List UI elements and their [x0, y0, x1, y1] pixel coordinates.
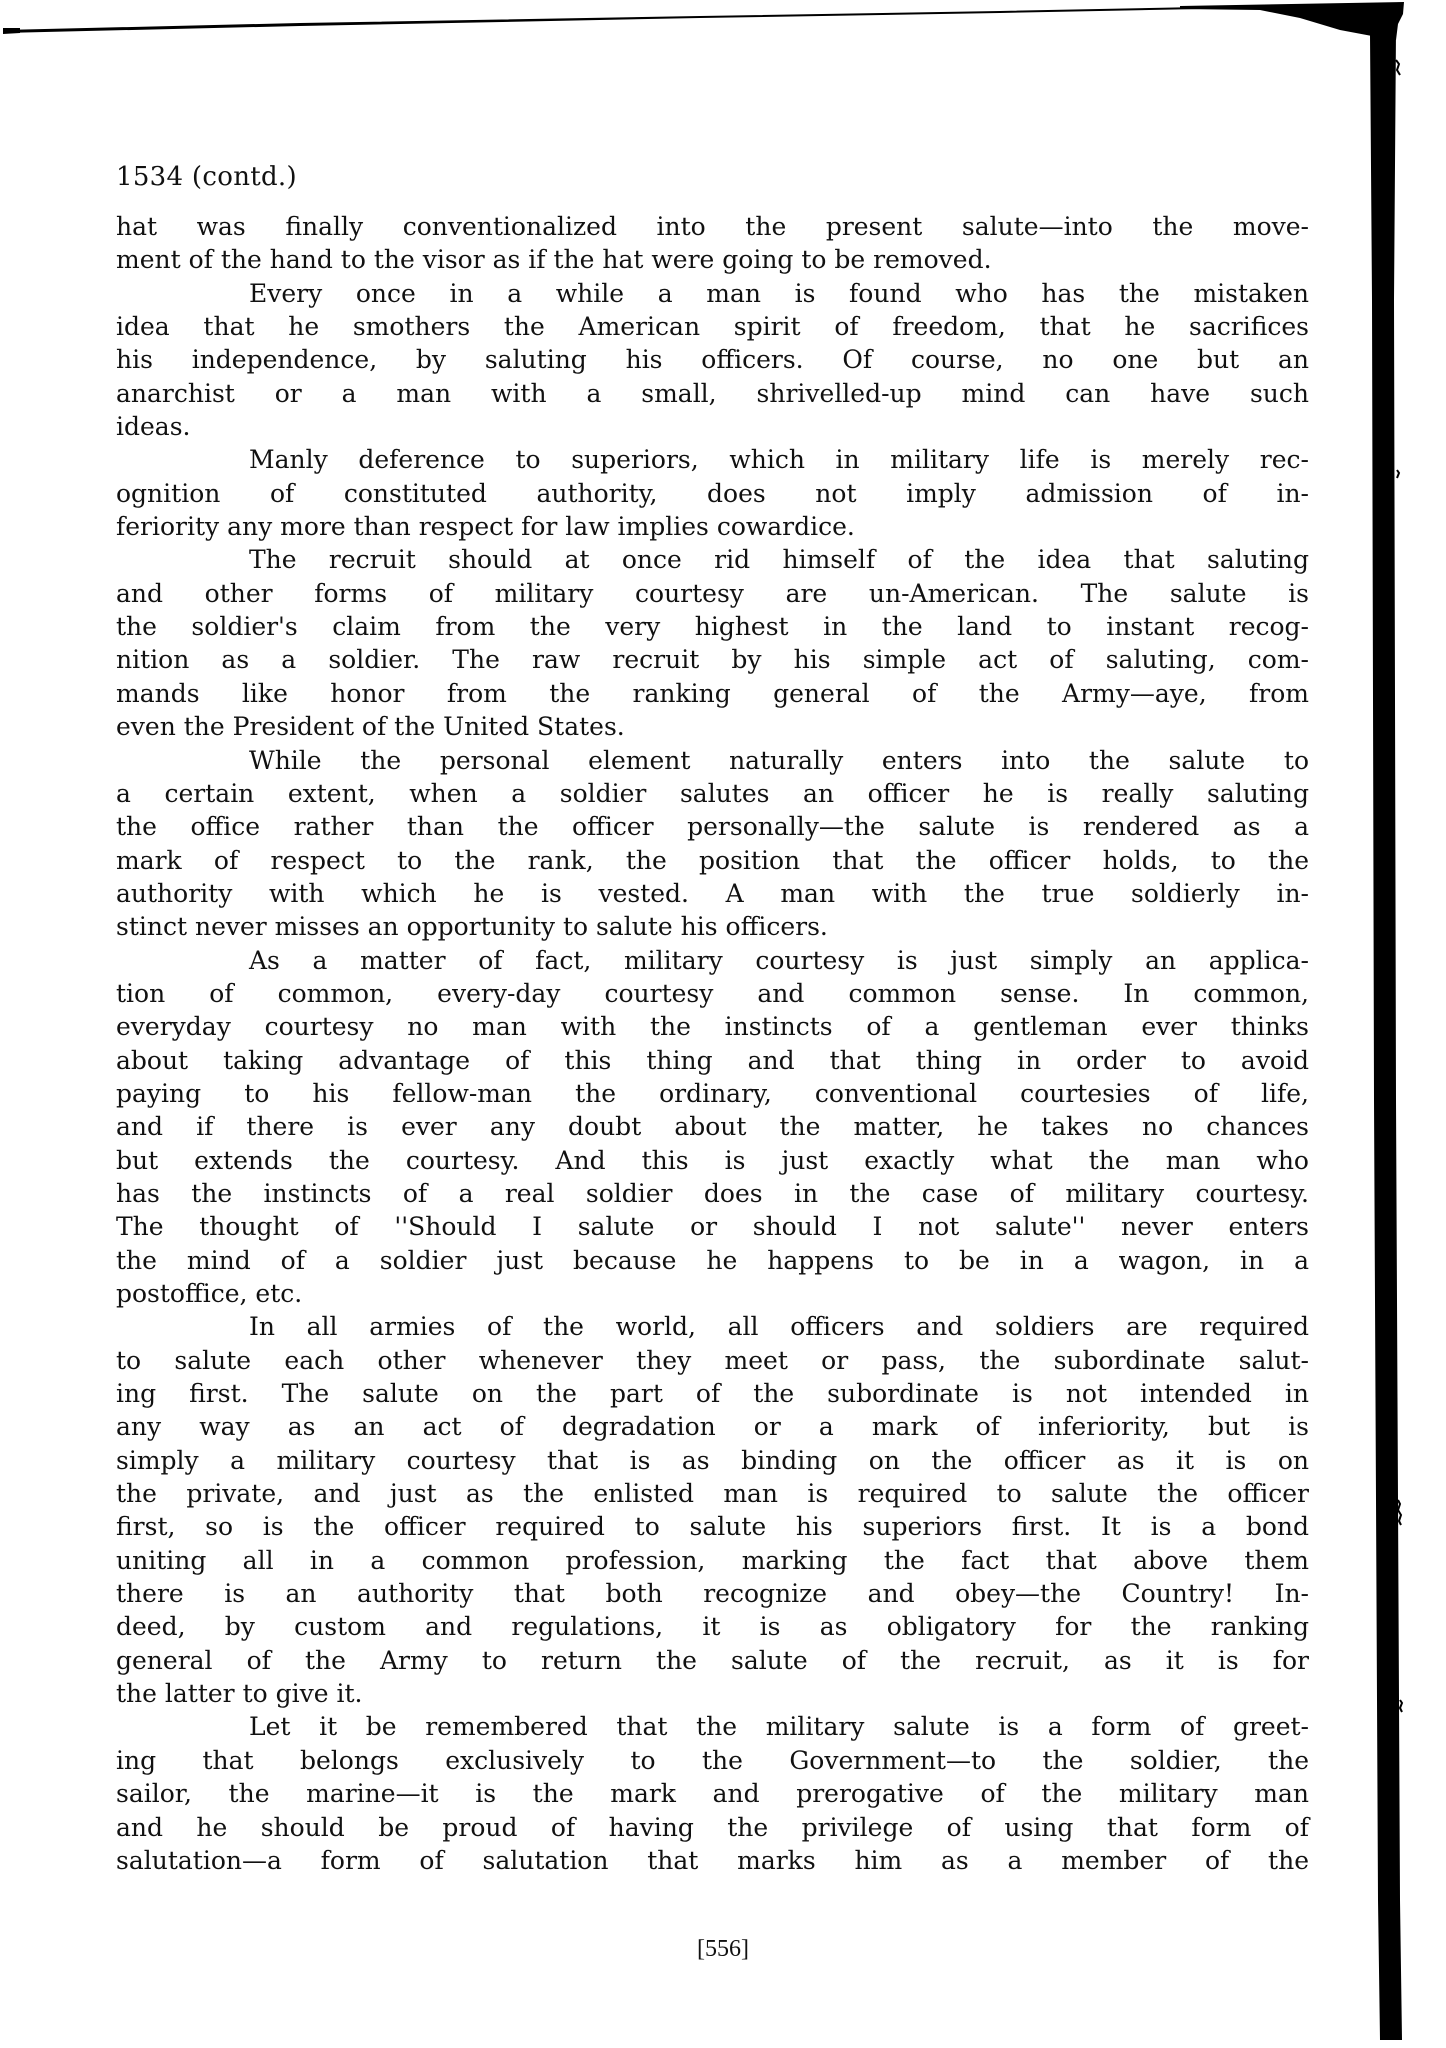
text-line: about taking advantage of this thing and…: [116, 1044, 1309, 1077]
text-line: In all armies of the world, all officers…: [116, 1310, 1309, 1343]
text-line: everyday courtesy no man with the instin…: [116, 1010, 1309, 1043]
text-line: postoffice, etc.: [116, 1277, 1309, 1310]
text-line: idea that he smothers the American spiri…: [116, 310, 1309, 343]
text-line: The thought of ''Should I salute or shou…: [116, 1210, 1309, 1243]
text-line: ognition of constituted authority, does …: [116, 477, 1309, 510]
text-line: general of the Army to return the salute…: [116, 1644, 1309, 1677]
text-line: and if there is ever any doubt about the…: [116, 1110, 1309, 1143]
text-line: The recruit should at once rid himself o…: [116, 543, 1309, 576]
text-line: the mind of a soldier just because he ha…: [116, 1244, 1309, 1277]
text-line: mands like honor from the ranking genera…: [116, 677, 1309, 710]
page-body-text: hat was finally conventionalized into th…: [116, 210, 1309, 1877]
text-line: Let it be remembered that the military s…: [116, 1710, 1309, 1743]
text-line: a certain extent, when a soldier salutes…: [116, 777, 1309, 810]
paragraph: hat was finally conventionalized into th…: [116, 210, 1309, 277]
text-line: As a matter of fact, military courtesy i…: [116, 944, 1309, 977]
binding-bar-texture: [1396, 60, 1402, 1712]
text-line: even the President of the United States.: [116, 710, 1309, 743]
text-line: uniting all in a common profession, mark…: [116, 1544, 1309, 1577]
text-line: but extends the courtesy. And this is ju…: [116, 1144, 1309, 1177]
text-line: authority with which he is vested. A man…: [116, 877, 1309, 910]
text-line: hat was finally conventionalized into th…: [116, 210, 1309, 243]
text-line: feriority any more than respect for law …: [116, 510, 1309, 543]
text-line: sailor, the marine—it is the mark and pr…: [116, 1777, 1309, 1810]
text-line: his independence, by saluting his office…: [116, 343, 1309, 376]
text-line: simply a military courtesy that is as bi…: [116, 1444, 1309, 1477]
paragraph: While the personal element naturally ent…: [116, 744, 1309, 944]
text-line: salutation—a form of salutation that mar…: [116, 1844, 1309, 1877]
paragraph: The recruit should at once rid himself o…: [116, 543, 1309, 743]
text-line: stinct never misses an opportunity to sa…: [116, 910, 1309, 943]
text-line: ing first. The salute on the part of the…: [116, 1377, 1309, 1410]
top-edge-rule: [3, 28, 20, 34]
text-line: deed, by custom and regulations, it is a…: [116, 1610, 1309, 1643]
paragraph: In all armies of the world, all officers…: [116, 1310, 1309, 1710]
text-line: the soldier's claim from the very highes…: [116, 610, 1309, 643]
text-line: ideas.: [116, 410, 1309, 443]
text-line: Manly deference to superiors, which in m…: [116, 443, 1309, 476]
paragraph: Let it be remembered that the military s…: [116, 1710, 1309, 1877]
text-line: nition as a soldier. The raw recruit by …: [116, 643, 1309, 676]
right-binding-bar: [1370, 30, 1402, 2040]
text-line: ment of the hand to the visor as if the …: [116, 243, 1309, 276]
text-line: anarchist or a man with a small, shrivel…: [116, 377, 1309, 410]
paragraph: Every once in a while a man is found who…: [116, 277, 1309, 444]
paragraph: Manly deference to superiors, which in m…: [116, 443, 1309, 543]
text-line: tion of common, every-day courtesy and c…: [116, 977, 1309, 1010]
text-line: paying to his fellow-man the ordinary, c…: [116, 1077, 1309, 1110]
text-line: first, so is the officer required to sal…: [116, 1510, 1309, 1543]
text-line: any way as an act of degradation or a ma…: [116, 1410, 1309, 1443]
paragraph: As a matter of fact, military courtesy i…: [116, 944, 1309, 1311]
text-line: the office rather than the officer perso…: [116, 810, 1309, 843]
text-line: has the instincts of a real soldier does…: [116, 1177, 1309, 1210]
page-number: [556]: [0, 1934, 1446, 1964]
section-heading: 1534 (contd.): [116, 160, 297, 194]
text-line: and other forms of military courtesy are…: [116, 577, 1309, 610]
text-line: While the personal element naturally ent…: [116, 744, 1309, 777]
text-line: to salute each other whenever they meet …: [116, 1344, 1309, 1377]
text-line: and he should be proud of having the pri…: [116, 1811, 1309, 1844]
top-edge-line: [3, 7, 1200, 33]
text-line: there is an authority that both recogniz…: [116, 1577, 1309, 1610]
corner-wedge: [1180, 2, 1404, 40]
text-line: Every once in a while a man is found who…: [116, 277, 1309, 310]
text-line: ing that belongs exclusively to the Gove…: [116, 1744, 1309, 1777]
text-line: the private, and just as the enlisted ma…: [116, 1477, 1309, 1510]
text-line: the latter to give it.: [116, 1677, 1309, 1710]
text-line: mark of respect to the rank, the positio…: [116, 844, 1309, 877]
